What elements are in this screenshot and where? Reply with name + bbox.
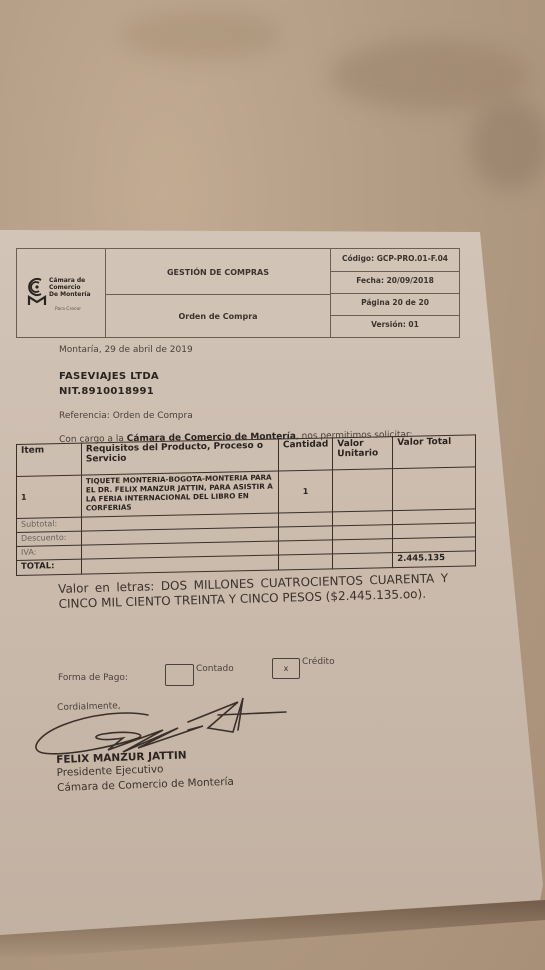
column-header: Cantidad xyxy=(278,438,332,471)
column-header: Valor Total xyxy=(393,435,476,469)
payment-label: Forma de Pago: xyxy=(58,673,128,683)
document: Cámara de Comercio De Montería Para Crec… xyxy=(0,0,545,970)
amount-in-words: Valor en letras: DOS MILLONES CUATROCIEN… xyxy=(58,571,449,612)
payment-checkbox-contado[interactable] xyxy=(165,664,194,686)
total-value: 2.445.135 xyxy=(393,551,476,568)
item-quantity: 1 xyxy=(278,470,332,513)
summary-cell xyxy=(333,511,393,526)
logo-cell: Cámara de Comercio De Montería Para Crec… xyxy=(17,249,106,337)
signer-block: FÉLIX MANZUR JATTIN Presidente Ejecutivo… xyxy=(56,748,234,796)
items-table: Item Requisitos del Producto, Proceso o … xyxy=(16,434,476,576)
document-name: Orden de Compra xyxy=(106,312,330,321)
document-date: Fecha: 20/09/2018 xyxy=(331,271,459,294)
logo-tagline: Para Crecer xyxy=(55,307,81,312)
summary-label: Subtotal: xyxy=(17,517,82,532)
logo-line: Comercio xyxy=(49,284,91,291)
column-header: Requisitos del Producto, Proceso o Servi… xyxy=(81,439,278,475)
reference: Referencia: Orden de Compra xyxy=(59,411,193,421)
summary-label: Descuento: xyxy=(17,531,82,546)
summary-cell xyxy=(278,554,332,570)
column-header: Valor Unitario xyxy=(333,437,393,470)
camara-comercio-logo-icon: Cámara de Comercio De Montería Para Crec… xyxy=(27,277,99,317)
item-number: 1 xyxy=(17,475,82,518)
header-title-cell: GESTIÓN DE COMPRAS Orden de Compra xyxy=(106,249,331,337)
summary-cell xyxy=(333,539,393,554)
supplier-name: FASEVIAJES LTDA xyxy=(59,371,159,382)
summary-cell xyxy=(278,512,332,527)
payment-checkbox-credito[interactable]: x xyxy=(272,658,300,679)
document-code: Código: GCP-PRO.01-F.04 xyxy=(331,249,459,272)
item-total-value xyxy=(393,467,476,511)
summary-cell xyxy=(81,555,278,574)
payment-option-contado: Contado xyxy=(196,664,234,674)
summary-cell xyxy=(278,526,332,541)
total-label: TOTAL: xyxy=(17,559,82,575)
summary-label: IVA: xyxy=(17,545,82,560)
payment-option-credito: Crédito xyxy=(302,657,335,667)
supplier-nit: NIT.8910018991 xyxy=(59,386,154,397)
item-description: TIQUETE MONTERIA-BOGOTA-MONTERIA PARA EL… xyxy=(81,471,278,517)
column-header: Item xyxy=(17,443,82,476)
process-title: GESTIÓN DE COMPRAS xyxy=(106,268,330,277)
logo-line: De Montería xyxy=(49,291,91,298)
divider xyxy=(106,294,330,295)
logo-line: Cámara de xyxy=(49,277,91,284)
place-date: Montaría, 29 de abril de 2019 xyxy=(59,345,193,355)
summary-cell xyxy=(278,540,332,555)
item-unit-value xyxy=(333,469,393,512)
summary-cell xyxy=(333,553,393,569)
header-meta: Código: GCP-PRO.01-F.04 Fecha: 20/09/201… xyxy=(331,249,459,337)
document-version: Versión: 01 xyxy=(331,315,459,337)
summary-cell xyxy=(333,525,393,540)
logo-text: Cámara de Comercio De Montería xyxy=(49,277,91,298)
document-header: Cámara de Comercio De Montería Para Crec… xyxy=(16,248,460,338)
document-page: Página 20 de 20 xyxy=(331,293,459,316)
